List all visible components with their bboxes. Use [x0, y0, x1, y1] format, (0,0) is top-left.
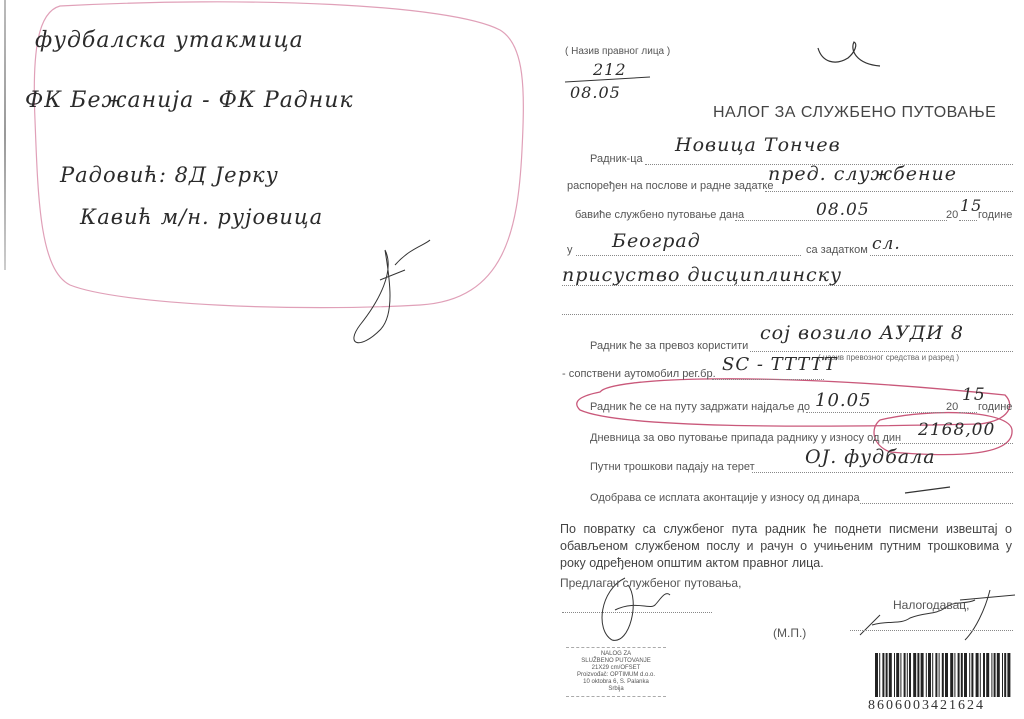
travel-date-value: 08.05: [816, 200, 870, 220]
costs-value: ОЈ. фудбала: [805, 446, 936, 468]
document-title: НАЛОГ ЗА СЛУЖБЕНО ПУТОВАЊЕ: [713, 104, 996, 122]
ref-number: 212: [593, 60, 627, 79]
issuer-label: Налогодавац,: [893, 598, 969, 612]
destination-value: Београд: [612, 230, 701, 252]
transport-caption: ( назив превозног средства и разред ): [818, 353, 959, 362]
proposer-label: Предлагач службеног путовања,: [560, 576, 741, 590]
transport-label: Радник ће за превоз користити: [590, 340, 748, 352]
assigned-value: пред. службение: [768, 163, 957, 185]
task-label: са задатком: [806, 244, 868, 256]
legal-entity-caption: ( Назив правног лица ): [565, 46, 670, 57]
worker-label: Радник-ца: [590, 153, 643, 165]
note-line-1: фудбалска утакмица: [35, 28, 304, 53]
task-value: сл.: [872, 234, 901, 254]
stay-date-value: 10.05: [815, 390, 872, 411]
barcode-number: 8606003421624: [868, 698, 985, 714]
barcode: [873, 653, 1015, 701]
return-report-paragraph: По повратку са службеног пута радник ће …: [560, 521, 1012, 572]
note-line-4: Кавић м/н. рујовица: [80, 205, 323, 229]
travel-date-label: бавиће службено путовање дана: [575, 209, 744, 221]
transport-value: сој возило АУДИ 8: [760, 322, 964, 344]
advance-label: Одобрава се исплата аконтације у износу …: [590, 492, 860, 504]
ref-date: 08.05: [570, 83, 621, 102]
assigned-label: распоређен на послове и радне задатке: [567, 180, 773, 192]
stamp-label: (М.П.): [773, 626, 806, 640]
car-label: - сопствени аутомобил рег.бр.: [562, 368, 716, 380]
per-diem-value: 2168,00: [918, 420, 995, 440]
worker-value: Новица Тончев: [675, 134, 841, 156]
in-label: у: [567, 244, 573, 256]
stay-label: Радник ће се на путу задржати најдаље до: [590, 401, 810, 413]
note-line-3: Радовић: 8Д Јерку: [60, 163, 279, 187]
costs-label: Путни трошкови падају на терет: [590, 461, 755, 473]
note-line-2: ФК Бежанија - ФК Радник: [25, 88, 354, 113]
car-value: SC - TTTTT: [722, 354, 837, 375]
per-diem-label: Дневница за ово путовање припада раднику…: [590, 432, 901, 444]
printer-imprint: NALOG ZA SLUŽBENO PUTOVANJE 21X29 cm/OFS…: [566, 647, 666, 697]
task-value-line2: присуство дисциплинску: [562, 264, 842, 286]
